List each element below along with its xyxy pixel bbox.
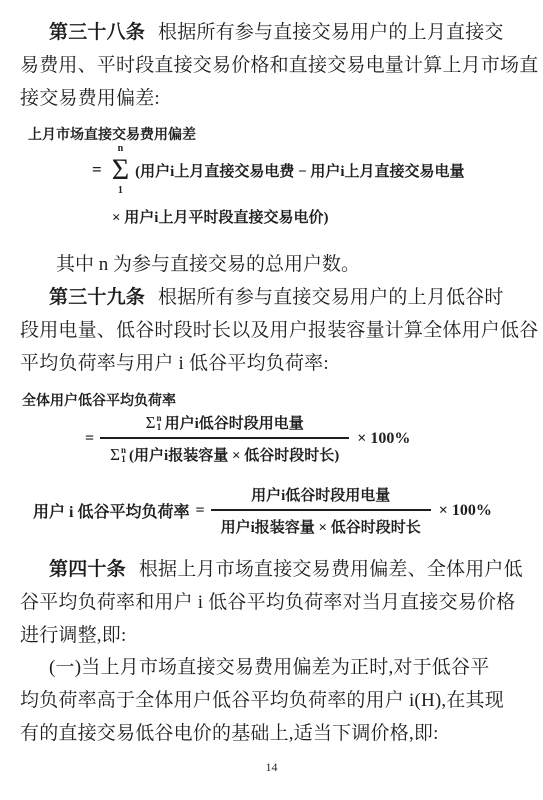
item-1-line-3: 有的直接交易低谷电价的基础上,适当下调价格,即:: [20, 717, 532, 750]
formula-3-denominator: 用户i报装容量 × 低谷时段时长: [211, 509, 431, 537]
article-39-line-1: 第三十九条根据所有参与直接交易用户的上月低谷时: [20, 281, 532, 314]
article-38-paragraph: 第三十八条根据所有参与直接交易用户的上月直接交 易费用、平时段直接交易价格和直接…: [20, 16, 532, 115]
article-38-line-1: 第三十八条根据所有参与直接交易用户的上月直接交: [20, 16, 532, 49]
sigma-lower-limit: 1: [157, 423, 162, 432]
sigma-symbol: Σn1: [146, 413, 165, 433]
equals-sign: =: [195, 502, 204, 520]
sigma-lower-limit: 1: [121, 455, 126, 464]
formula-3-fraction: 用户i低谷时段用电量 用户i报装容量 × 低谷时段时长: [211, 484, 431, 537]
equals-sign: =: [92, 160, 102, 180]
article-39-line-3: 平均负荷率与用户 i 低谷平均负荷率:: [20, 347, 532, 380]
article-40-line-1-text: 根据上月市场直接交易费用偏差、全体用户低: [139, 559, 523, 580]
note-n-definition: 其中 n 为参与直接交易的总用户数。: [56, 249, 360, 276]
sigma-symbol: n Σ 1: [112, 144, 129, 196]
article-38-heading: 第三十八条: [49, 22, 145, 43]
sigma-symbol: Σn1: [110, 445, 129, 465]
formula-2: = Σn1用户i低谷时段用电量 Σn1(用户i报装容量 × 低谷时段时长) × …: [85, 412, 410, 465]
article-39-line-2: 段用电量、低谷时段时长以及用户报装容量计算全体用户低谷: [20, 314, 532, 347]
formula-1-expression-2: × 用户i上月平时段直接交易电价): [112, 206, 465, 227]
formula-3-multiplier: × 100%: [439, 502, 492, 520]
item-1-line-2: 均负荷率高于全体用户低谷平均负荷率的用户 i(H),在其现: [20, 684, 532, 717]
formula-2-numerator: Σn1用户i低谷时段用电量: [136, 412, 314, 437]
formula-2-numerator-text: 用户i低谷时段用电量: [165, 416, 304, 432]
item-1-line-1: (一)当上月市场直接交易费用偏差为正时,对于低谷平: [20, 651, 532, 684]
page-number: 14: [0, 760, 543, 775]
formula-3-numerator: 用户i低谷时段用电量: [241, 484, 400, 509]
article-40-line-3: 进行调整,即:: [20, 619, 532, 652]
formula-2-denominator-text: (用户i报装容量 × 低谷时段时长): [129, 448, 339, 464]
article-39-line-1-text: 根据所有参与直接交易用户的上月低谷时: [158, 287, 504, 308]
article-39-heading: 第三十九条: [49, 287, 145, 308]
formula-3: 用户 i 低谷平均负荷率 = 用户i低谷时段用电量 用户i报装容量 × 低谷时段…: [33, 484, 492, 537]
sigma-glyph: Σ: [112, 154, 129, 186]
article-38-line-3: 接交易费用偏差:: [20, 82, 532, 115]
article-40-paragraph: 第四十条根据上月市场直接交易费用偏差、全体用户低 谷平均负荷率和用户 i 低谷平…: [20, 553, 532, 652]
formula-2-denominator: Σn1(用户i报装容量 × 低谷时段时长): [100, 437, 349, 465]
article-40-heading: 第四十条: [49, 559, 126, 580]
formula-1-expression-1: (用户i上月直接交易电费 − 用户i上月直接交易电量: [135, 160, 464, 181]
formula-2-fraction: Σn1用户i低谷时段用电量 Σn1(用户i报装容量 × 低谷时段时长): [100, 412, 349, 465]
sigma-glyph: Σ: [146, 413, 156, 433]
formula-1-row-1: = n Σ 1 (用户i上月直接交易电费 − 用户i上月直接交易电量: [92, 144, 465, 196]
article-38-line-2: 易费用、平时段直接交易价格和直接交易电量计算上月市场直: [20, 49, 532, 82]
equals-sign: =: [85, 430, 94, 448]
formula-2-multiplier: × 100%: [357, 430, 410, 448]
item-1-paragraph: (一)当上月市场直接交易费用偏差为正时,对于低谷平 均负荷率高于全体用户低谷平均…: [20, 651, 532, 750]
formula-2-label: 全体用户低谷平均负荷率: [22, 390, 176, 410]
formula-1: = n Σ 1 (用户i上月直接交易电费 − 用户i上月直接交易电量 × 用户i…: [92, 144, 465, 227]
article-38-line-1-text: 根据所有参与直接交易用户的上月直接交: [158, 22, 504, 43]
article-40-line-1: 第四十条根据上月市场直接交易费用偏差、全体用户低: [20, 553, 532, 586]
article-40-line-2: 谷平均负荷率和用户 i 低谷平均负荷率对当月直接交易价格: [20, 586, 532, 619]
formula-1-label: 上月市场直接交易费用偏差: [28, 124, 196, 144]
sigma-glyph: Σ: [110, 445, 120, 465]
article-39-paragraph: 第三十九条根据所有参与直接交易用户的上月低谷时 段用电量、低谷时段时长以及用户报…: [20, 281, 532, 380]
formula-3-lhs: 用户 i 低谷平均负荷率: [33, 499, 189, 522]
sigma-lower-limit: 1: [118, 186, 123, 196]
document-page: 第三十八条根据所有参与直接交易用户的上月直接交 易费用、平时段直接交易价格和直接…: [0, 0, 543, 800]
